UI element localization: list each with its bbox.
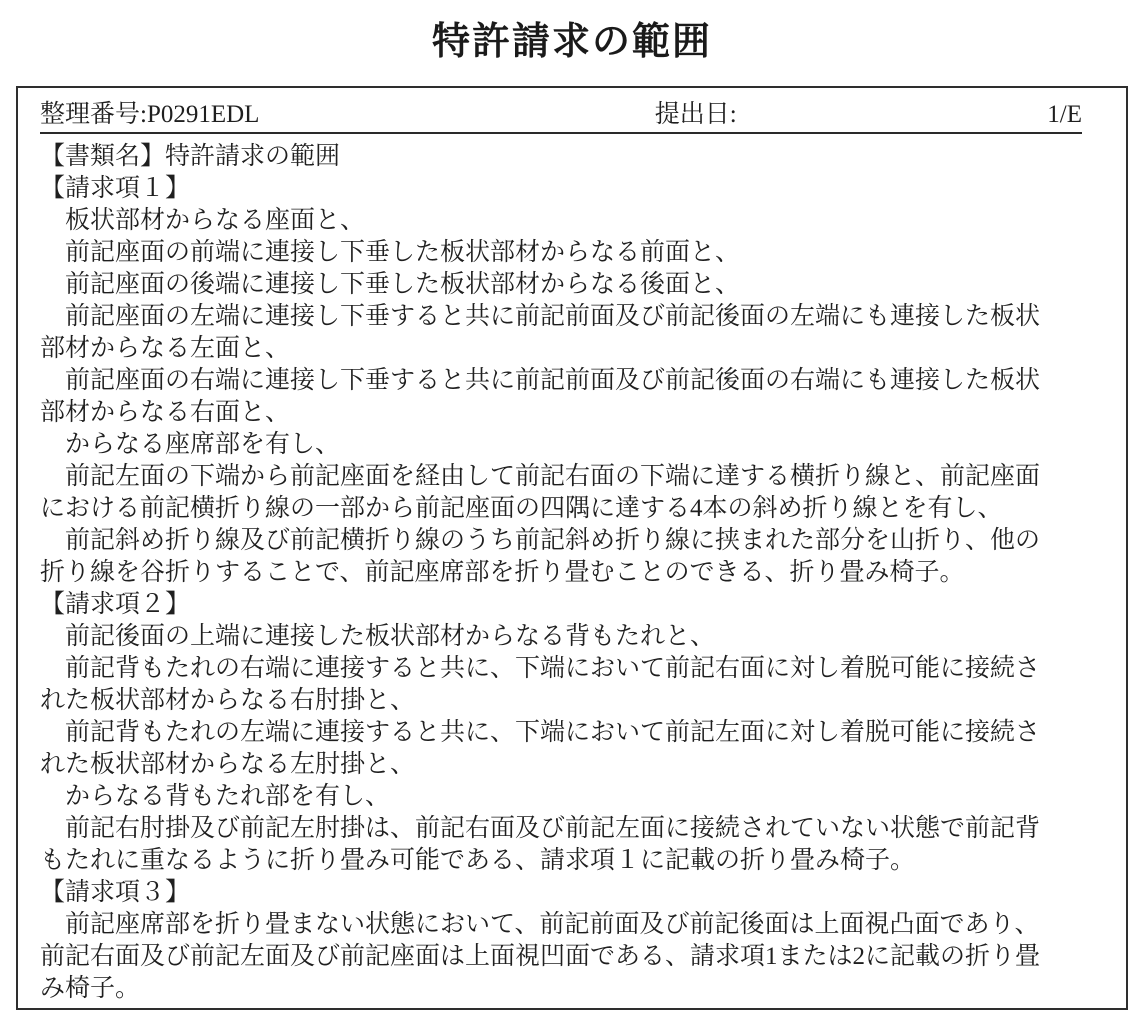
document-line: れた板状部材からなる左肘掛と、 bbox=[40, 749, 1108, 781]
document-line: 前記座面の後端に連接し下垂した板状部材からなる後面と、 bbox=[40, 269, 1108, 301]
document-line: 前記座面の前端に連接し下垂した板状部材からなる前面と、 bbox=[40, 237, 1108, 269]
document-box: 整理番号:P0291EDL 提出日: 1/E 【書類名】特許請求の範囲【請求項１… bbox=[16, 86, 1128, 1010]
document-line: における前記横折り線の一部から前記座面の四隅に達する4本の斜め折り線とを有し、 bbox=[40, 493, 1108, 525]
document-line: 部材からなる右面と、 bbox=[40, 397, 1108, 429]
reference-number: 整理番号:P0291EDL bbox=[40, 100, 655, 129]
document-line: 【請求項１】 bbox=[40, 173, 1108, 205]
document-line: 前記斜め折り線及び前記横折り線のうち前記斜め折り線に挟まれた部分を山折り、他の bbox=[40, 525, 1108, 557]
document-line: 前記右肘掛及び前記左肘掛は、前記右面及び前記左面に接続されていない状態で前記背 bbox=[40, 813, 1108, 845]
document-line: 前記左面の下端から前記座面を経由して前記右面の下端に達する横折り線と、前記座面 bbox=[40, 461, 1108, 493]
document-line: れた板状部材からなる右肘掛と、 bbox=[40, 685, 1108, 717]
submission-date-label: 提出日: bbox=[655, 100, 1048, 129]
document-line: からなる座席部を有し、 bbox=[40, 429, 1108, 461]
page-title: 特許請求の範囲 bbox=[0, 10, 1144, 65]
document-line: 前記座面の左端に連接し下垂すると共に前記前面及び前記後面の左端にも連接した板状 bbox=[40, 301, 1108, 333]
document-line: 部材からなる左面と、 bbox=[40, 333, 1108, 365]
document-line: 前記座面の右端に連接し下垂すると共に前記前面及び前記後面の右端にも連接した板状 bbox=[40, 365, 1108, 397]
document-line: 【請求項２】 bbox=[40, 589, 1108, 621]
document-line: み椅子。 bbox=[40, 973, 1108, 1005]
document-body: 【書類名】特許請求の範囲【請求項１】 板状部材からなる座面と、 前記座面の前端に… bbox=[40, 141, 1108, 1005]
document-line: 【請求項３】 bbox=[40, 877, 1108, 909]
document-line: もたれに重なるように折り畳み可能である、請求項１に記載の折り畳み椅子。 bbox=[40, 845, 1108, 877]
document-line: 板状部材からなる座面と、 bbox=[40, 205, 1108, 237]
document-line: 前記背もたれの左端に連接すると共に、下端において前記左面に対し着脱可能に接続さ bbox=[40, 717, 1108, 749]
document-line: 前記背もたれの右端に連接すると共に、下端において前記右面に対し着脱可能に接続さ bbox=[40, 653, 1108, 685]
document-line: 前記右面及び前記左面及び前記座面は上面視凹面である、請求項1または2に記載の折り… bbox=[40, 941, 1108, 973]
document-line: 折り線を谷折りすることで、前記座席部を折り畳むことのできる、折り畳み椅子。 bbox=[40, 557, 1108, 589]
document-header: 整理番号:P0291EDL 提出日: 1/E bbox=[40, 100, 1082, 134]
document-line: 前記座席部を折り畳まない状態において、前記前面及び前記後面は上面視凸面であり、 bbox=[40, 909, 1108, 941]
document-line: 【書類名】特許請求の範囲 bbox=[40, 141, 1108, 173]
document-line: 前記後面の上端に連接した板状部材からなる背もたれと、 bbox=[40, 621, 1108, 653]
document-line: からなる背もたれ部を有し、 bbox=[40, 781, 1108, 813]
page-indicator: 1/E bbox=[1047, 100, 1082, 129]
